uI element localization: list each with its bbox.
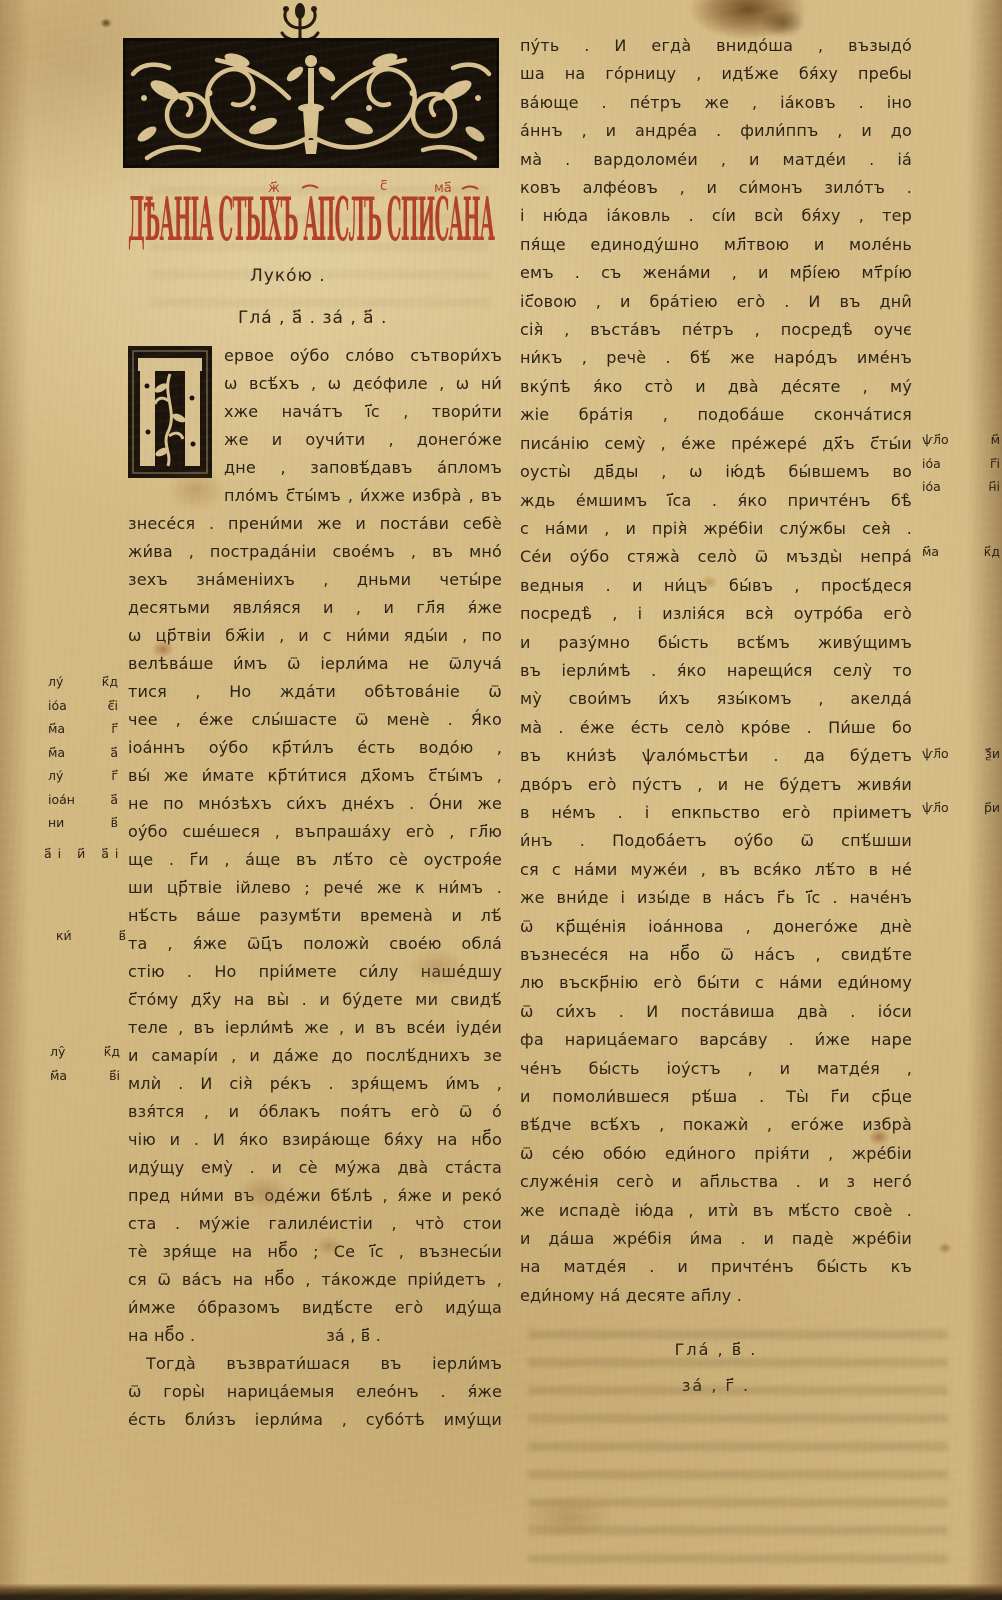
- text-line: и самарі́и , и да́же до послѣ́днихъ зе: [128, 1042, 502, 1070]
- stain: [100, 18, 112, 28]
- text-line: млѝ . И сія̀ ре́къ . зря́щемъ и́мъ ,: [128, 1070, 502, 1098]
- margin-note: м҃а а҃: [48, 741, 118, 765]
- text-line: теле , въ іерли́мѣ же , и въ все́и іуде́…: [128, 1014, 502, 1042]
- verse-end: на нб҃о .: [128, 1326, 195, 1345]
- page-edge-shadow: [0, 1584, 1002, 1600]
- margin-notes-right-c: ѱл҃о ѯ҃и: [922, 742, 1000, 766]
- margin-ref-book: ки́: [56, 924, 72, 948]
- margin-ref-book: ни: [48, 811, 64, 835]
- text-line: вку́пѣ я́ко сто̀ и два̀ де́сяте , му́: [520, 373, 912, 401]
- text-line: ва́юще . пе́тръ же , іа́ковъ . іно: [520, 89, 912, 117]
- chapter-number: Гла́ , в҃ .: [520, 1336, 912, 1364]
- text-line: ѿ си́хъ . И поста́виша два̀ . іо́си: [520, 998, 912, 1026]
- margin-ref-number: є҃і: [108, 694, 118, 718]
- text-line: посредѣ̀ , і излія́ся вся̀ оутро́ба его̀: [520, 600, 912, 628]
- margin-notes-left-c: лу̑ к҃д м҃а в҃і: [50, 1040, 120, 1087]
- text-line: емъ . съ жена́ми , и мр҃і́ею мт҃рі́ю: [520, 259, 912, 287]
- margin-ref-book: ѱл҃о: [922, 796, 949, 820]
- margin-ref-number: м҃: [991, 428, 1000, 452]
- text-line: и помоли́вшеся рѣ́ша . Ты̀ г҃и ср҃це: [520, 1083, 912, 1111]
- margin-ref-number: а҃: [110, 741, 118, 765]
- margin-notes-left-a: лу́ к҃д іо́а є҃і м҃а г҃ м҃а а҃ лу́ г҃ іо…: [48, 670, 118, 835]
- zachalo-marker: за́ , в҃ .: [326, 1322, 381, 1350]
- text-line: чію и . И я́ко взира́юще бя́ху на нб҃о: [128, 1126, 502, 1154]
- margin-ref-book: лу̑: [50, 1040, 65, 1064]
- text-line: вы́ же и́мате кр҃ти́тися дх҃омъ с҃ты́мъ …: [128, 762, 502, 790]
- title-superscript: ма҃: [434, 181, 452, 196]
- text-line: лю въскр҃нію его̀ бы́ти с на́ми еди́ному: [520, 969, 912, 997]
- text-line: ма̀ . вардоломе́и , и матде́и . іа́: [520, 146, 912, 174]
- drop-cap-initial: [128, 346, 216, 486]
- text-line: не по мно́зѣхъ си́хъ дне́хъ . О́ни же: [128, 790, 502, 818]
- margin-ref-number: р҃и: [984, 796, 1000, 820]
- margin-ref-number: к҃д: [104, 1040, 120, 1064]
- text-line: та , я́же ѿц҃ъ положѝ свое́ю обла́: [128, 930, 502, 958]
- margin-note: лу́ к҃д: [48, 670, 118, 694]
- margin-ref-book: лу́: [48, 670, 63, 694]
- text-line: ждь е́мшимъ і҃са . я́ко причте́нъ бѣ̀: [520, 487, 912, 515]
- chapter-heading: Гла́ , а҃ . за́ , а҃ .: [238, 308, 387, 328]
- text-line: ѿ се́ю обо́ю еди́ного прія́ти , жре́біи: [520, 1140, 912, 1168]
- stain: [520, 1496, 616, 1538]
- margin-notes-left-b: ки́ в҃: [56, 924, 126, 948]
- text-line: еди́ному на́ десяте ап҃лу .: [520, 1282, 912, 1310]
- margin-note: ѱл҃о м҃: [922, 428, 1000, 452]
- margin-ref-book: лу́: [48, 764, 63, 788]
- text-line: ковъ алфе́овъ , и си́монъ зило́тъ .: [520, 174, 912, 202]
- text-line: ши цр҃твіе ійлево ; рече́ же к ни́мъ .: [128, 874, 502, 902]
- text-line: же испадѐ ію́да , итѝ въ мѣ́сто своѐ .: [520, 1197, 912, 1225]
- margin-ref-number: к҃д: [984, 540, 1000, 564]
- text-line: нѣ́сть ва́ше разумѣ́ти времена̀ и лѣ́: [128, 902, 502, 930]
- text-line: чее , е́же слы́шасте ѿ менѐ . Я́ко: [128, 706, 502, 734]
- text-line: и́нъ . Подоба́етъ оу́бо ѿ спѣ́шши: [520, 827, 912, 855]
- margin-note: ѱл҃о р҃и: [922, 796, 1000, 820]
- text-line: і ню́да іа́ковль . сі́и всѝ бя́ху , тер: [520, 202, 912, 230]
- text-line: пред ни́ми въ оде́жи бѣ́лѣ , я́же и реко…: [128, 1182, 502, 1210]
- text-line: десятьми явля́яся и , и гл҃я я́же: [128, 594, 502, 622]
- text-line: въ кни́зѣ ѱало́мьстѣи . да бу́детъ: [520, 742, 912, 770]
- text-line: с на́ми , и прія̀ жре́біи слу́жбы сея̀ .: [520, 515, 912, 543]
- headpiece-ornament-icon: [123, 38, 499, 172]
- text-line: на матде́я . и причте́нъ бы́сть къ: [520, 1253, 912, 1281]
- margin-note: іо́а є҃і: [48, 694, 118, 718]
- text-line: с҃то́му дх҃у на вы̀ . и бу́дете ми свидѣ…: [128, 986, 502, 1014]
- margin-ref-number: в҃: [111, 811, 118, 835]
- text-line: ѿ горы̀ нарица́емыя елео́нъ . я́же: [128, 1378, 502, 1406]
- text-line: дво́ръ его̀ пу́стъ , и не бу́детъ живя́и: [520, 771, 912, 799]
- chapter-end-heading: Гла́ , в҃ . за́ , г҃ .: [520, 1336, 912, 1400]
- text-line: вѣ́дче всѣ́хъ , покажѝ , его́же избра̀: [520, 1111, 912, 1139]
- ornamental-title: ДѢАНІА СТЫХЪ АПСЛЪ СПИСАНА ж҃ с҃ ма҃: [122, 180, 500, 258]
- margin-ref-number: а҃: [110, 788, 118, 812]
- margin-ref-number: н҃і: [988, 475, 1000, 499]
- text-line: че́нъ бы́сть іоу́стъ , и матде́я ,: [520, 1055, 912, 1083]
- margin-ref-number: г҃і: [990, 452, 1000, 476]
- text-line: въ іерли́мѣ . я́ко нарещи́ся селу̀ то: [520, 657, 912, 685]
- margin-note: м҃а к҃д: [922, 540, 1000, 564]
- left-column-paragraph-2: Тогда̀ възврати́шася въ іерли́мъѿ горы̀ …: [128, 1350, 502, 1434]
- text-line: знесе́ся . прени́ми же и поста́ви себѐ: [128, 510, 502, 538]
- text-line: в не́мъ . і епкпьство его̀ пріиметъ: [520, 799, 912, 827]
- margin-ref-book: іо́а: [48, 694, 67, 718]
- margin-notes-right-b: м҃а к҃д: [922, 540, 1000, 564]
- author-line: Луко́ю .: [250, 266, 326, 286]
- text-line: и разу́мно бы́сть всѣ́мъ живу́щимъ: [520, 629, 912, 657]
- margin-ref-number: г҃: [111, 764, 118, 788]
- margin-ref-book: м҃а: [50, 1064, 67, 1088]
- text-line: пя́ще единоду́шно мл҃твою и моле́нь: [520, 231, 912, 259]
- text-line: ѡ цр҃твіи бж҃іи , и с ни́ми яды́и , по: [128, 622, 502, 650]
- text-line: и да́ша жре́бія и́ма . и падѐ жре́біи: [520, 1225, 912, 1253]
- margin-note: м҃а г҃: [48, 717, 118, 741]
- text-line: тѐ зря́ще на нб҃о ; Се і҃с , възнесы́и: [128, 1238, 502, 1266]
- text-line: ведныя . и ни́цъ бы́въ , просѣ́деся: [520, 572, 912, 600]
- margin-ref-number: г҃: [111, 717, 118, 741]
- text-line: зехъ зна́меніихъ , дньми четы́ре: [128, 566, 502, 594]
- margin-ref-number: в҃: [119, 924, 126, 948]
- margin-ref-book: м҃а: [48, 717, 65, 741]
- text-line: пу́ть . И егда̀ внидо́ша , възыдо́: [520, 32, 912, 60]
- text-line: възнесе́ся на нб҃о ѿ на́съ , свидѣ́те: [520, 941, 912, 969]
- left-column: ервое оу́бо сло́во сътвори́хъѡ всѣ́хъ , …: [128, 342, 502, 1434]
- text-line: жіе бра́тія , подоба́ше сконча́тися: [520, 401, 912, 429]
- margin-ref-number: в҃і: [109, 1064, 120, 1088]
- margin-ref-book: іоа́н: [48, 788, 75, 812]
- text-line: служе́нія сего̀ и ап҃льства . и з него́: [520, 1168, 912, 1196]
- title-superscript: с҃: [380, 180, 387, 194]
- text-line: оусты̀ дв҃ды , ѡ ію́дѣ бы́вшемъ во: [520, 458, 912, 486]
- book-page-scan: ДѢАНІА СТЫХЪ АПСЛЪ СПИСАНА ж҃ с҃ ма҃ Лук…: [0, 0, 1002, 1600]
- text-line: іс҃овою , и бра́тіею его̀ . И въ дни̑: [520, 288, 912, 316]
- margin-notes-right-d: ѱл҃о р҃и: [922, 796, 1000, 820]
- stain: [938, 1242, 952, 1254]
- text-line: е́сть бли́зъ іерли́ма , субо́тѣ иму́щи: [128, 1406, 502, 1434]
- text-line: жи́ва , пострада́ніи свое́мъ , въ мно́: [128, 538, 502, 566]
- text-line: ще . г҃и , а́ще въ лѣ́то сѐ оустроя́е: [128, 846, 502, 874]
- text-line: ся ѿ ва́съ на нб҃о , та́кожде пріи́детъ …: [128, 1266, 502, 1294]
- text-line: ся с на́ми муже́и , въ вся́ко лѣ́то в не…: [520, 856, 912, 884]
- text-line: ма̀ . е́же е́сть село̀ кро́ве . Пи́ше бо: [520, 714, 912, 742]
- text-line: взя́тся , и о́блакъ поя́тъ его̀ ѿ о́: [128, 1098, 502, 1126]
- zachalo-marker: за́ , г҃ .: [520, 1372, 912, 1400]
- text-line: Тогда̀ възврати́шася въ іерли́мъ: [128, 1350, 502, 1378]
- margin-ref-book: ѱл҃о: [922, 428, 949, 452]
- margin-note: а҃і и҃ а҃і: [44, 846, 124, 861]
- text-line: а́ннъ , и андре́а . фили́ппъ , и до: [520, 117, 912, 145]
- text-line: Се́и оу́бо стяжа̀ село̀ ѿ мъзды̀ непра́: [520, 543, 912, 571]
- text-line: же вни́де і изы́де в на́съ г҃ь і҃с . нач…: [520, 884, 912, 912]
- text-line: велѣва́ше и́мъ ѿ іерли́ма не ѿлуча́: [128, 650, 502, 678]
- margin-note: ки́ в҃: [56, 924, 126, 948]
- margin-ref-book: іо́а: [922, 475, 941, 499]
- margin-note: іо́а г҃і: [922, 452, 1000, 476]
- text-line: и́мже о́бразомъ видѣ́сте его̀ иду́ща: [128, 1294, 502, 1322]
- margin-note: лу́ г҃: [48, 764, 118, 788]
- margin-ref-number: к҃д: [102, 670, 118, 694]
- left-column-lines: пло́мъ с҃ты́мъ , и́хже избра̀ , възнесе́…: [128, 482, 502, 1322]
- title-superscript: ж҃: [268, 181, 280, 196]
- text-line: иду́щу ему̀ . и сѐ му́жа два̀ ста́ста: [128, 1154, 502, 1182]
- right-column: пу́ть . И егда̀ внидо́ша , възыдо́ша на …: [520, 32, 912, 1407]
- margin-note: іоа́н а҃: [48, 788, 118, 812]
- text-line: ша на го́рницу , идѣ́же бя́ху пребы: [520, 60, 912, 88]
- text-line: писа́нію сему̀ , е́же пре́жере́ дх҃ъ с҃т…: [520, 430, 912, 458]
- text-line: ѿ кр҃ще́нія іоа́ннова , донего́же днѐ: [520, 913, 912, 941]
- text-line: тися , Но жда́ти обѣтова́ніе ѿ: [128, 678, 502, 706]
- margin-ref-number: ѯ҃и: [985, 742, 1000, 766]
- text-line: ста . му́жіе галиле́истіи , что̀ стои: [128, 1210, 502, 1238]
- margin-ref-book: м҃а: [48, 741, 65, 765]
- text-line: сія̀ , въста́въ пе́тръ , посредѣ̀ оучє: [520, 316, 912, 344]
- text-line: на нб҃о . за́ , в҃ .: [128, 1322, 502, 1350]
- margin-ref-book: м҃а: [922, 540, 939, 564]
- text-line: му̀ свои́мъ и́хъ язы́комъ , акелда́: [520, 685, 912, 713]
- text-line: ни́къ , речѐ . бѣ́ же наро́дъ име́нъ: [520, 344, 912, 372]
- text-line: фа нарица́емаго варса́ву . и́же наре: [520, 1026, 912, 1054]
- right-column-lines: пу́ть . И егда̀ внидо́ша , възыдо́ша на …: [520, 32, 912, 1310]
- margin-note: іо́а н҃і: [922, 475, 1000, 499]
- margin-ref-book: ѱл҃о: [922, 742, 949, 766]
- text-line: оу́бо сше́шеся , въпраша́ху его̀ , гл҃ю: [128, 818, 502, 846]
- margin-notes-right-a: ѱл҃о м҃ іо́а г҃і іо́а н҃і: [922, 428, 1000, 499]
- margin-ref-book: іо́а: [922, 452, 941, 476]
- margin-note: лу̑ к҃д: [50, 1040, 120, 1064]
- text-line: пло́мъ с҃ты́мъ , и́хже избра̀ , въ: [128, 482, 502, 510]
- margin-note: м҃а в҃і: [50, 1064, 120, 1088]
- text-line: іоа́ннъ оу́бо кр҃ти́лъ е́сть водо́ю ,: [128, 734, 502, 762]
- margin-note: ни в҃: [48, 811, 118, 835]
- text-line: стію . Но пріи́мете си́лу наше́дшу: [128, 958, 502, 986]
- margin-note: ѱл҃о ѯ҃и: [922, 742, 1000, 766]
